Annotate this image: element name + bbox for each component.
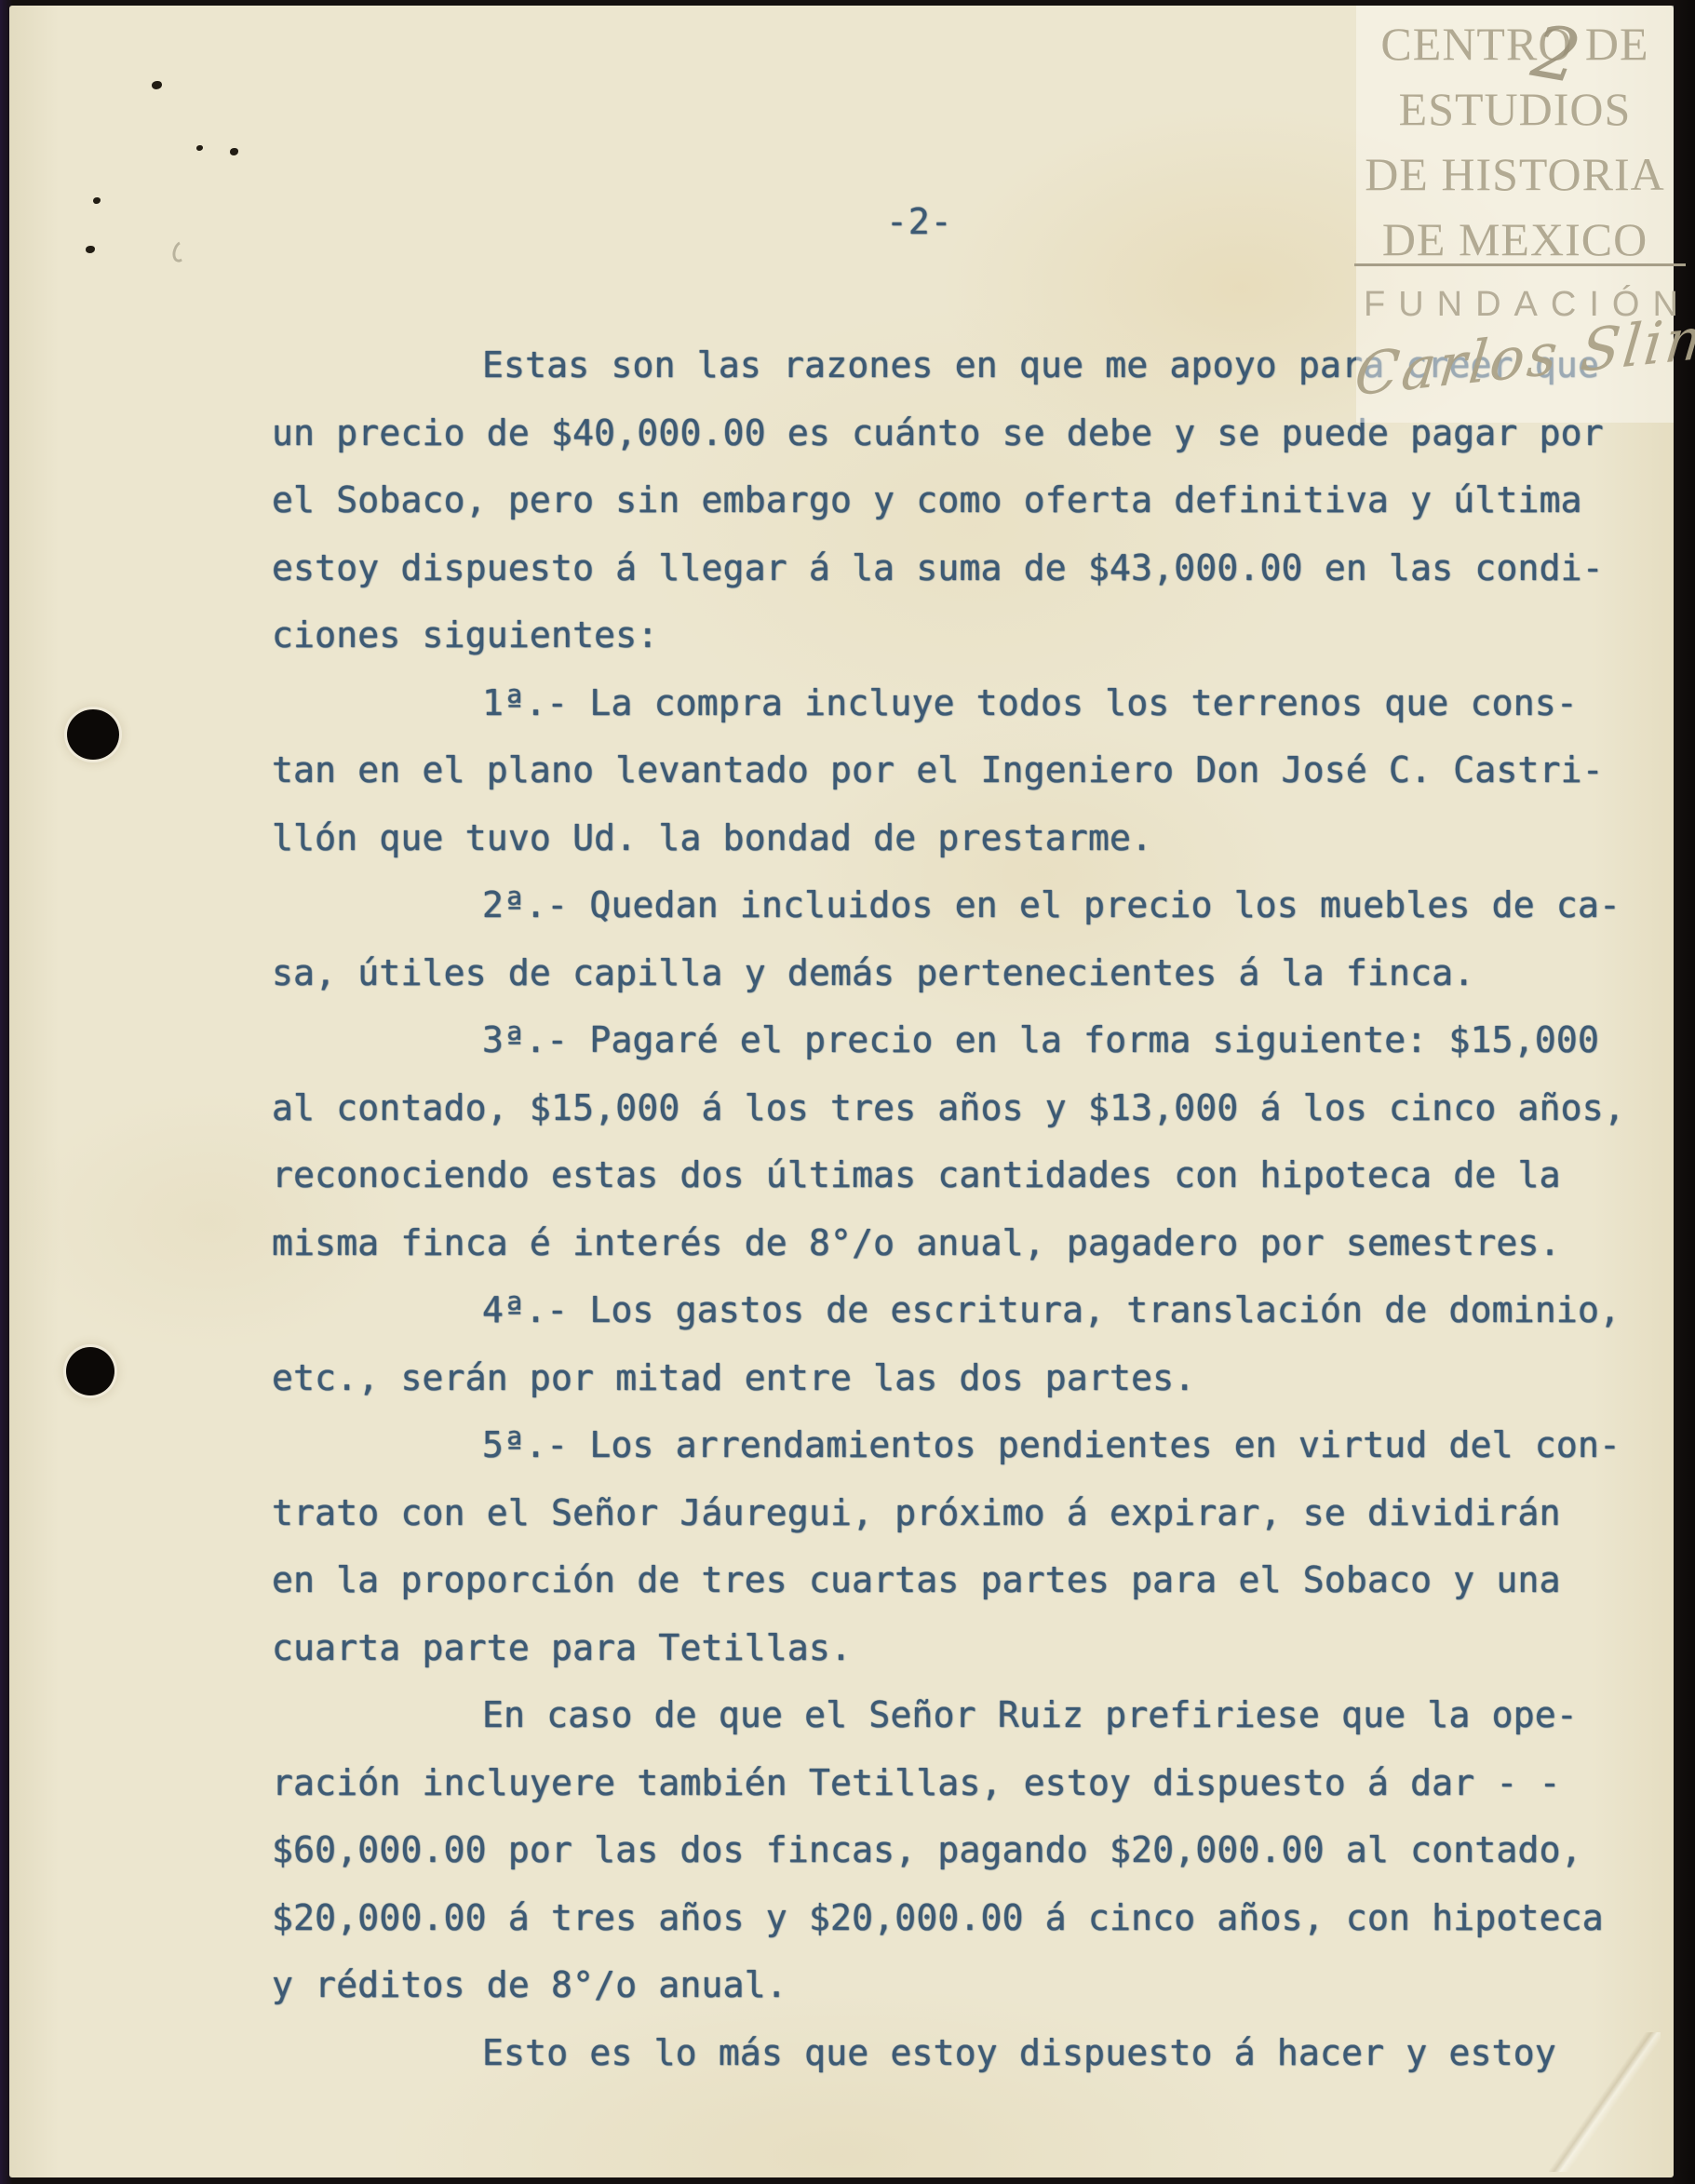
- watermark-divider: [1354, 263, 1686, 266]
- document-text-line: reconociendo estas dos últimas cantidade…: [272, 1141, 1612, 1209]
- document-text-line: tan en el plano levantado por el Ingenie…: [272, 736, 1612, 804]
- document-lines: Estas son las razones en que me apoyo pa…: [272, 331, 1612, 2086]
- document-text-line: 1ª.- La compra incluye todos los terreno…: [272, 669, 1612, 737]
- document-text-line: En caso de que el Señor Ruiz prefiriese …: [272, 1681, 1612, 1749]
- document-text-line: sa, útiles de capilla y demás pertenecie…: [272, 939, 1612, 1007]
- punch-hole-top: [67, 709, 119, 760]
- document-text-line: trato con el Señor Jáuregui, próximo á e…: [272, 1479, 1612, 1547]
- paper-speck: [86, 246, 95, 253]
- watermark-line: CENTRO DE: [1356, 11, 1674, 76]
- document-text-line: $60,000.00 por las dos fincas, pagando $…: [272, 1816, 1612, 1884]
- document-text-line: y réditos de 8°/o anual.: [272, 1951, 1612, 2019]
- paper-speck: [230, 148, 238, 155]
- paper-speck: [93, 197, 101, 204]
- pencil-mark: [169, 238, 191, 264]
- punch-hole-bottom: [66, 1347, 114, 1395]
- document-text-line: ración incluyere también Tetillas, estoy…: [272, 1749, 1612, 1817]
- document-text-line: Esto es lo más que estoy dispuesto á hac…: [272, 2019, 1612, 2087]
- page-number: -2-: [886, 201, 953, 242]
- scanned-page-background: -2- Estas son las razones en que me apoy…: [0, 0, 1695, 2184]
- document-text-line: 5ª.- Los arrendamientos pendientes en vi…: [272, 1411, 1612, 1479]
- document-text-line: 4ª.- Los gastos de escritura, translació…: [272, 1276, 1612, 1344]
- watermark-institution: CENTRO DE ESTUDIOS DE HISTORIA DE MEXICO: [1356, 11, 1674, 272]
- paper-speck: [196, 145, 203, 151]
- document-text-line: al contado, $15,000 á los tres años y $1…: [272, 1074, 1612, 1142]
- document-text-line: etc., serán por mitad entre las dos part…: [272, 1344, 1612, 1412]
- document-text-line: ciones siguientes:: [272, 601, 1612, 669]
- paper-sheet: -2- Estas son las razones en que me apoy…: [9, 6, 1674, 2177]
- document-text-line: cuarta parte para Tetillas.: [272, 1614, 1612, 1682]
- document-text-line: $20,000.00 á tres años y $20,000.00 á ci…: [272, 1884, 1612, 1952]
- watermark-line: ESTUDIOS: [1356, 76, 1674, 142]
- watermark-line: DE MEXICO: [1356, 207, 1674, 272]
- document-text-line: el Sobaco, pero sin embargo y como ofert…: [272, 466, 1612, 534]
- document-text-line: en la proporción de tres cuartas partes …: [272, 1546, 1612, 1614]
- document-text-line: 2ª.- Quedan incluidos en el precio los m…: [272, 871, 1612, 939]
- document-text-line: 3ª.- Pagaré el precio en la forma siguie…: [272, 1006, 1612, 1074]
- document-text-line: misma finca é interés de 8°/o anual, pag…: [272, 1209, 1612, 1277]
- paper-speck: [152, 81, 162, 89]
- document-text-line: llón que tuvo Ud. la bondad de prestarme…: [272, 804, 1612, 872]
- document-text-line: estoy dispuesto á llegar á la suma de $4…: [272, 534, 1612, 602]
- watermark-line: DE HISTORIA: [1356, 142, 1674, 207]
